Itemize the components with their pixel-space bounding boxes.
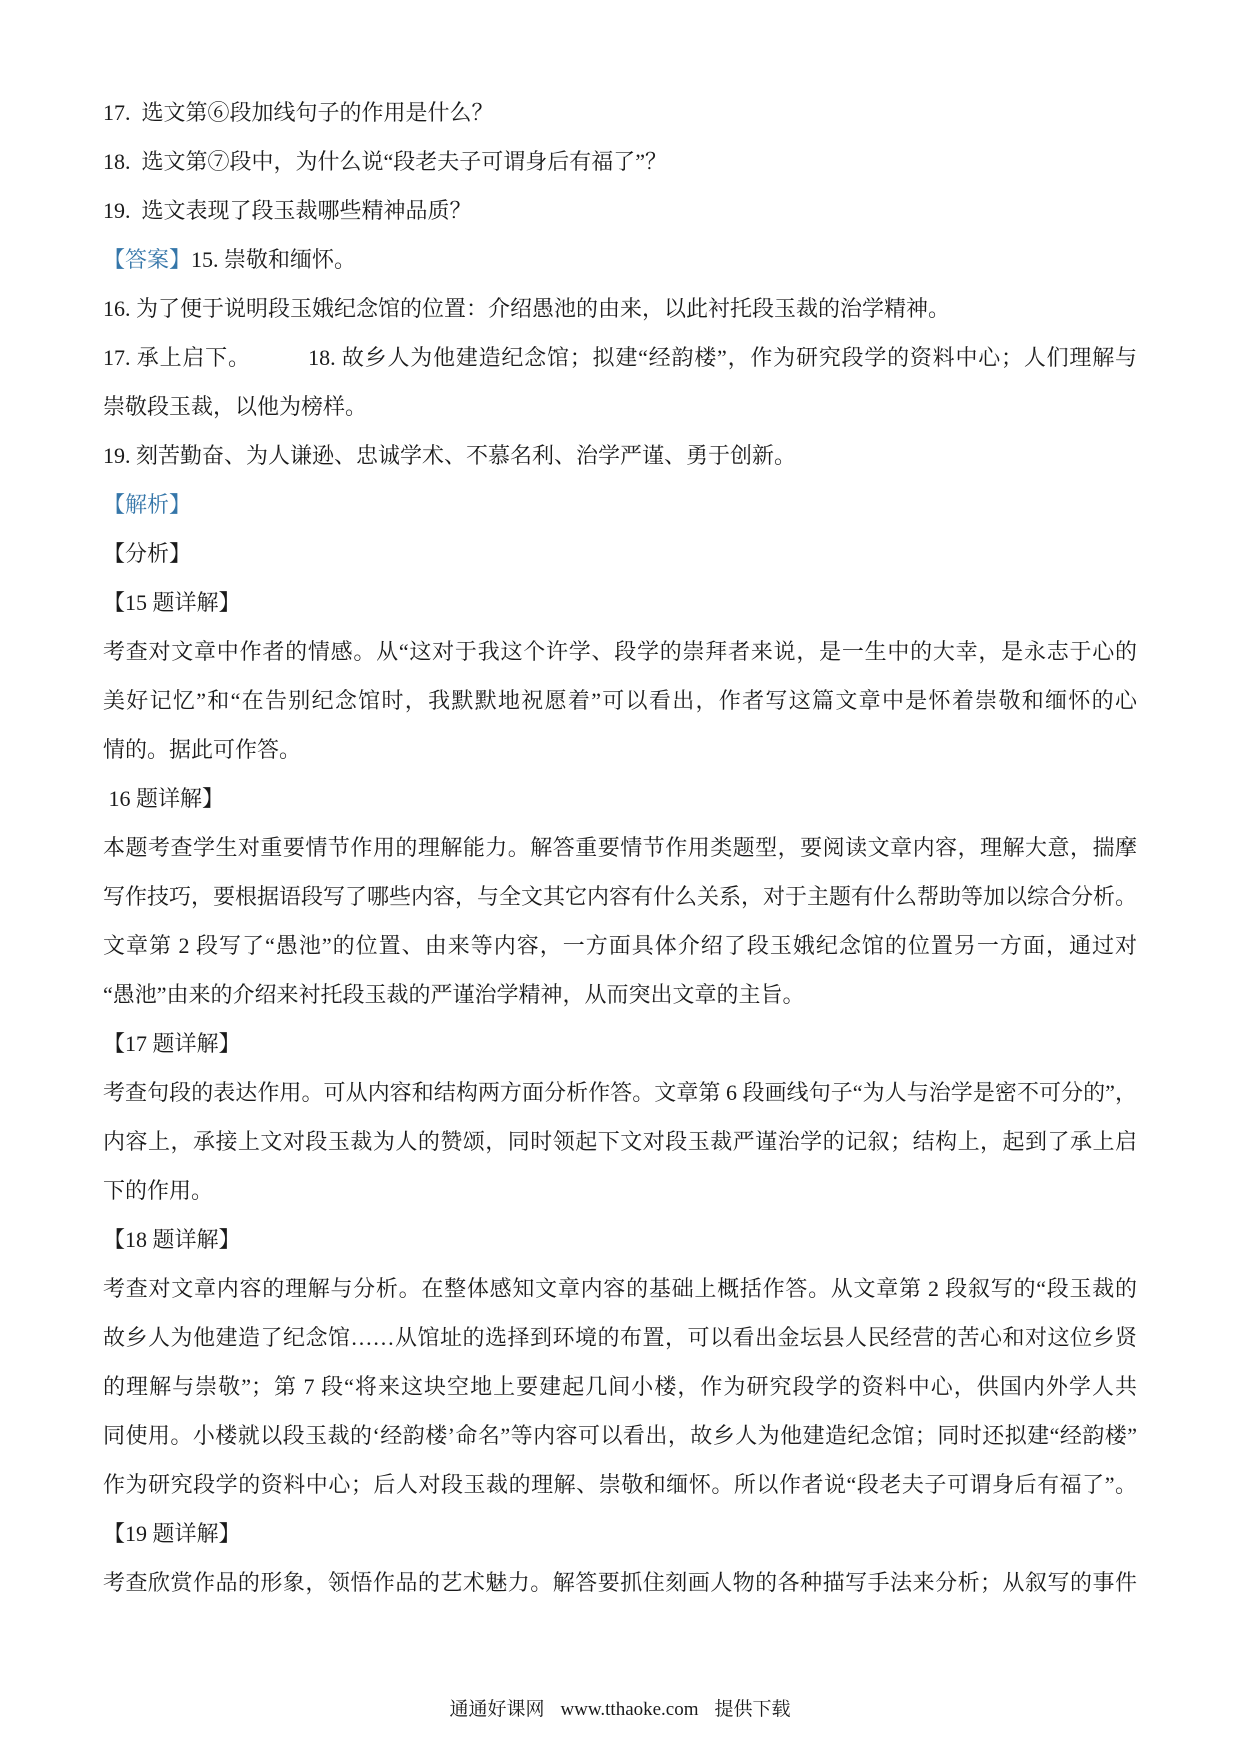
body-line: 写作技巧，要根据语段写了哪些内容，与全文其它内容有什么关系，对于主题有什么帮助等…: [103, 872, 1137, 921]
body-line: 本题考查学生对重要情节作用的理解能力。解答重要情节作用类题型，要阅读文章内容，理…: [103, 823, 1137, 872]
detail-heading-15: 【15 题详解】: [103, 578, 1137, 627]
document-body: 17. 选文第⑥段加线句子的作用是什么？18. 选文第⑦段中，为什么说“段老夫子…: [103, 88, 1137, 1607]
body-line: 考查对文章内容的理解与分析。在整体感知文章内容的基础上概括作答。从文章第 2 段…: [103, 1264, 1137, 1313]
footer-site-name: 通通好课网: [449, 1699, 544, 1720]
body-line: “愚池”由来的介绍来衬托段玉裁的严谨治学精神，从而突出文章的主旨。: [103, 970, 1137, 1019]
body-line: 内容上，承接上文对段玉裁为人的赞颂，同时领起下文对段玉裁严谨治学的记叙；结构上，…: [103, 1117, 1137, 1166]
detail-heading-19: 【19 题详解】: [103, 1509, 1137, 1558]
detail-heading-17: 【17 题详解】: [103, 1019, 1137, 1068]
answer-line: 17. 承上启下。 18. 故乡人为他建造纪念馆；拟建“经韵楼”，作为研究段学的…: [103, 333, 1137, 382]
footer-download-label: 提供下载: [715, 1699, 791, 1720]
body-line: 作为研究段学的资料中心；后人对段玉裁的理解、崇敬和缅怀。所以作者说“段老夫子可谓…: [103, 1460, 1137, 1509]
section-label-jiexi: 【解析】: [103, 480, 1137, 529]
section-label-fenxi: 【分析】: [103, 529, 1137, 578]
document-page: 17. 选文第⑥段加线句子的作用是什么？18. 选文第⑦段中，为什么说“段老夫子…: [0, 0, 1240, 1754]
answer-label: 【答案】: [103, 247, 191, 272]
question-item-19: 19. 选文表现了段玉裁哪些精神品质？: [103, 186, 1137, 235]
body-line: 情的。据此可作答。: [103, 725, 1137, 774]
answer-line: 16. 为了便于说明段玉娥纪念馆的位置：介绍愚池的由来，以此衬托段玉裁的治学精神…: [103, 284, 1137, 333]
footer-url: www.tthaoke.com: [560, 1699, 698, 1720]
body-line: 的理解与崇敬”；第 7 段“将来这块空地上要建起几间小楼，作为研究段学的资料中心…: [103, 1362, 1137, 1411]
body-line: 考查对文章中作者的情感。从“这对于我这个许学、段学的崇拜者来说，是一生中的大幸，…: [103, 627, 1137, 676]
body-line: 考查欣赏作品的形象，领悟作品的艺术魅力。解答要抓住刻画人物的各种描写手法来分析；…: [103, 1558, 1137, 1607]
answer-line: 19. 刻苦勤奋、为人谦逊、忠诚学术、不慕名利、治学严谨、勇于创新。: [103, 431, 1137, 480]
body-line: 美好记忆”和“在告别纪念馆时，我默默地祝愿着”可以看出，作者写这篇文章中是怀着崇…: [103, 676, 1137, 725]
body-line: 文章第 2 段写了“愚池”的位置、由来等内容，一方面具体介绍了段玉娥纪念馆的位置…: [103, 921, 1137, 970]
body-line: 下的作用。: [103, 1166, 1137, 1215]
question-item-17: 17. 选文第⑥段加线句子的作用是什么？: [103, 88, 1137, 137]
detail-heading-16: 16 题详解】: [103, 774, 1137, 823]
question-item-18: 18. 选文第⑦段中，为什么说“段老夫子可谓身后有福了”？: [103, 137, 1137, 186]
answer-text: 15. 崇敬和缅怀。: [191, 247, 356, 272]
body-line: 故乡人为他建造了纪念馆……从馆址的选择到环境的布置，可以看出金坛县人民经营的苦心…: [103, 1313, 1137, 1362]
answer-line: 【答案】15. 崇敬和缅怀。: [103, 235, 1137, 284]
body-line: 考查句段的表达作用。可从内容和结构两方面分析作答。文章第 6 段画线句子“为人与…: [103, 1068, 1137, 1117]
detail-heading-18: 【18 题详解】: [103, 1215, 1137, 1264]
page-footer: 通通好课网www.tthaoke.com提供下载: [0, 1695, 1240, 1725]
body-line: 同使用。小楼就以段玉裁的‘经韵楼’命名”等内容可以看出，故乡人为他建造纪念馆；同…: [103, 1411, 1137, 1460]
answer-line: 崇敬段玉裁，以他为榜样。: [103, 382, 1137, 431]
